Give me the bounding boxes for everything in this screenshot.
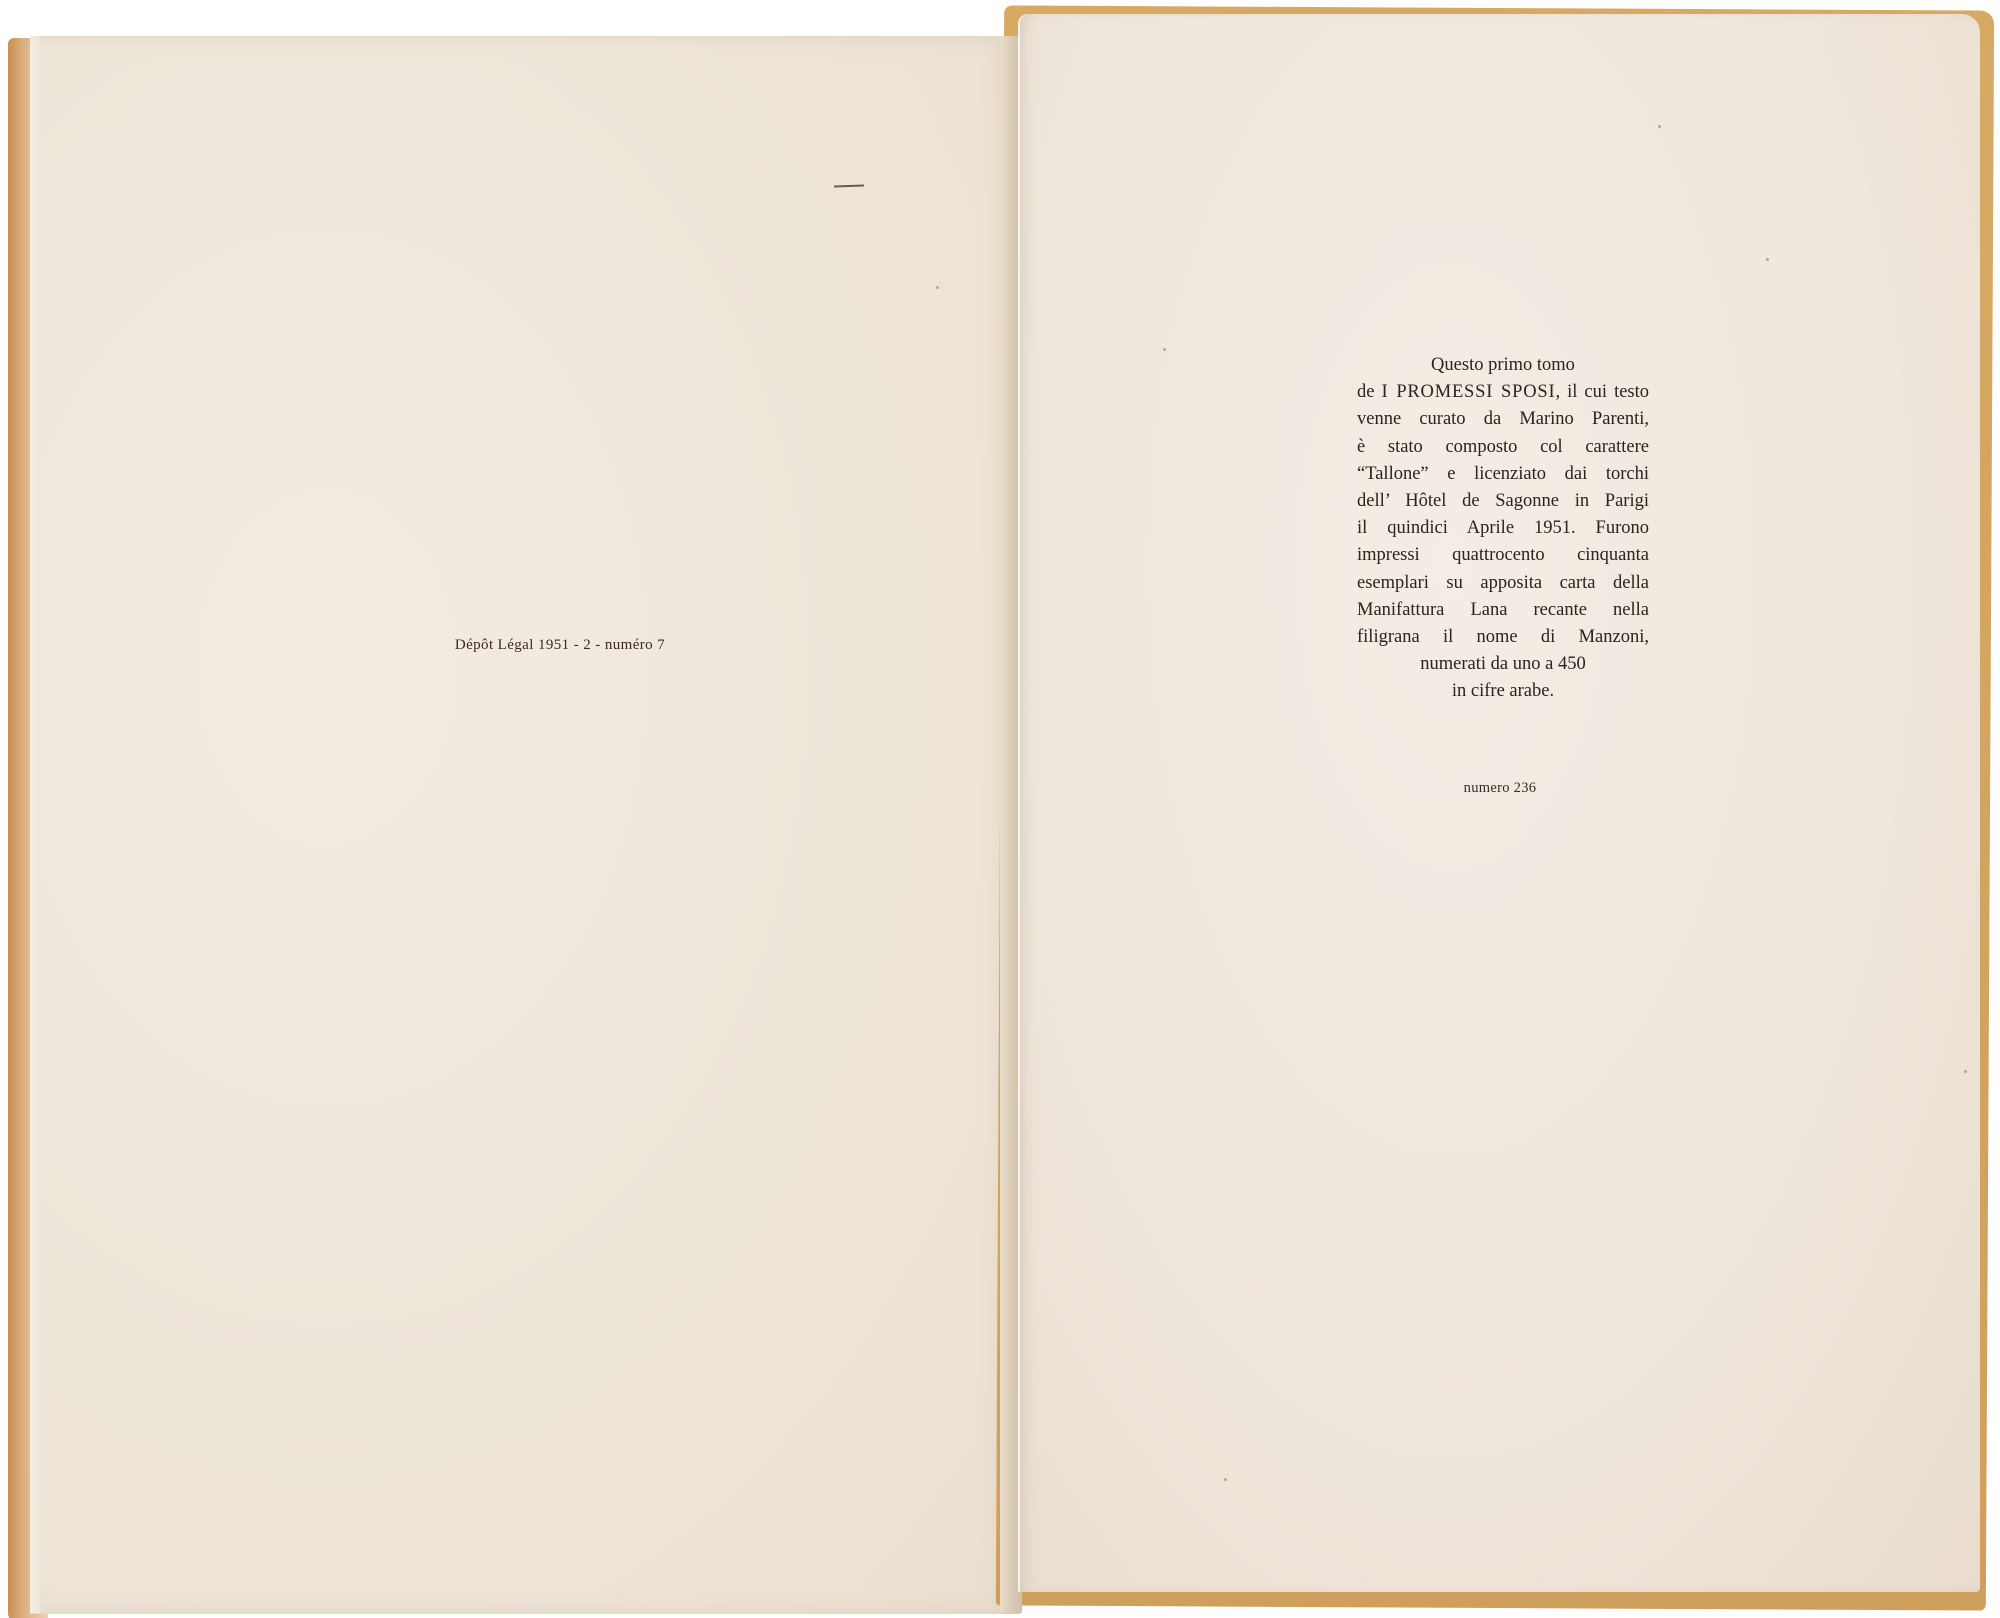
- colophon-line: filigrana il nome di Manzoni,: [1357, 624, 1649, 651]
- colophon-line: de I PROMESSI SPOSI, il cui testo: [1357, 379, 1649, 406]
- colophon-line: venne curato da Marino Parenti,: [1357, 406, 1649, 433]
- colophon-line: esemplari su apposita carta della: [1357, 570, 1649, 597]
- colophon-line: Questo primo tomo: [1357, 352, 1649, 379]
- legal-deposit-notice: Dépôt Légal 1951 - 2 - numéro 7: [30, 637, 1020, 654]
- book-title: I PROMESSI SPOSI: [1382, 382, 1556, 402]
- colophon-text: Questo primo tomo de I PROMESSI SPOSI, i…: [1357, 352, 1649, 706]
- colophon-line: Manifattura Lana recante nella: [1357, 597, 1649, 624]
- left-page: Dépôt Légal 1951 - 2 - numéro 7: [30, 36, 1020, 1614]
- paper-speck: [1163, 348, 1166, 351]
- colophon-line: impressi quattrocento cinquanta: [1357, 542, 1649, 569]
- paper-speck: [1658, 125, 1661, 128]
- paper-speck: [1224, 1478, 1227, 1481]
- colophon-line: “Tallone” e licenziato dai torchi: [1357, 461, 1649, 488]
- open-book-spread: Dépôt Légal 1951 - 2 - numéro 7 Questo p…: [0, 0, 2000, 1618]
- edition-number: numero 236: [1400, 780, 1600, 797]
- paper-speck: [936, 286, 939, 289]
- colophon-line: il quindici Aprile 1951. Furono: [1357, 515, 1649, 542]
- colophon-line: è stato composto col carattere: [1357, 434, 1649, 461]
- book-gutter: [1000, 36, 1022, 1613]
- colophon-line: in cifre arabe.: [1357, 678, 1649, 705]
- colophon-line: numerati da uno a 450: [1357, 651, 1649, 678]
- paper-speck: [1766, 258, 1769, 261]
- paper-speck: [1964, 1070, 1967, 1073]
- right-page: [1020, 14, 1980, 1592]
- colophon-line: dell’ Hôtel de Sagonne in Parigi: [1357, 488, 1649, 515]
- left-page-deckle-edge: [30, 36, 40, 1613]
